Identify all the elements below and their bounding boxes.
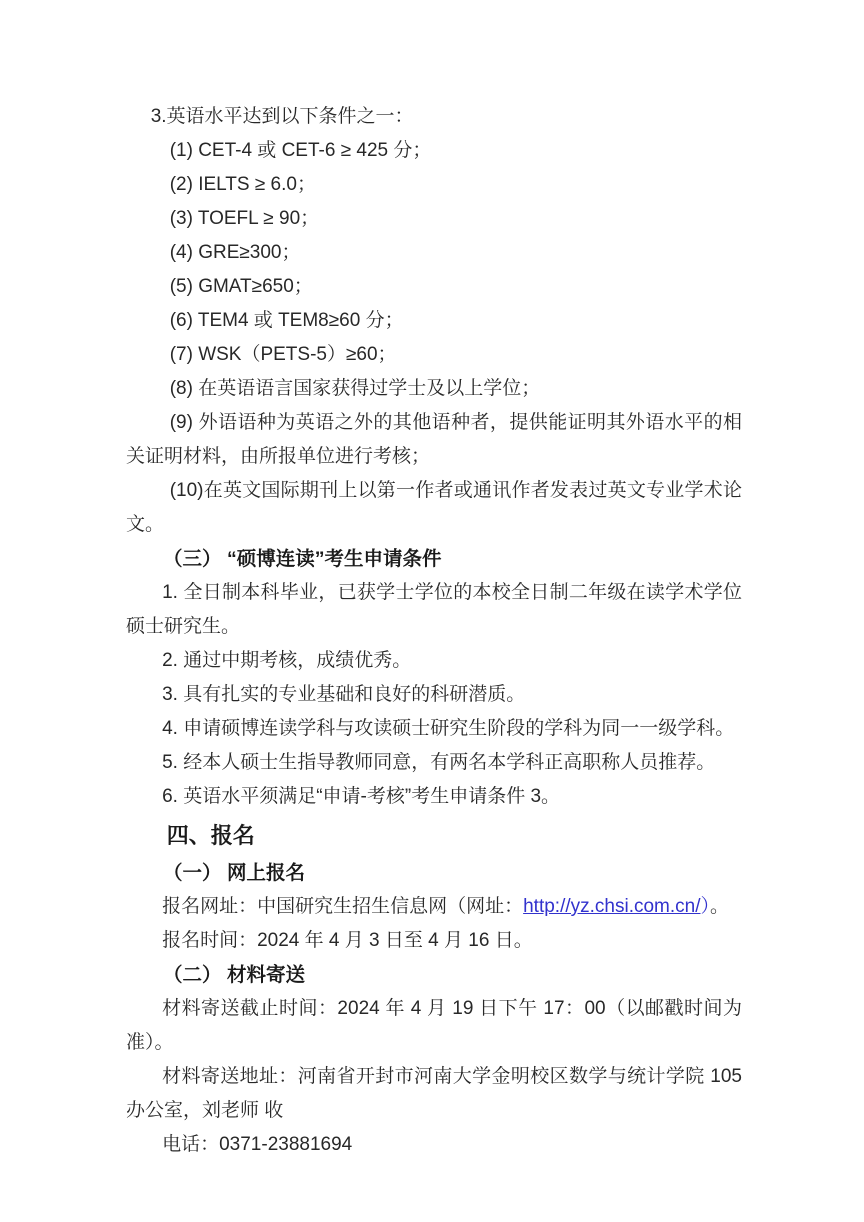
english-requirement-item-1: (1) CET-4 或 CET-6 ≥ 425 分； bbox=[126, 134, 742, 168]
english-requirement-item-9: (9) 外语语种为英语之外的其他语种者，提供能证明其外语水平的相关证明材料，由所… bbox=[126, 406, 742, 474]
english-requirements-intro: 3.英语水平达到以下条件之一： bbox=[126, 100, 742, 134]
english-requirement-item-6: (6) TEM4 或 TEM8≥60 分； bbox=[126, 304, 742, 338]
english-requirement-item-5: (5) GMAT≥650； bbox=[126, 270, 742, 304]
material-deadline-line: 材料寄送截止时间：2024 年 4 月 19 日下午 17：00（以邮戳时间为准… bbox=[126, 992, 742, 1060]
english-requirement-item-8: (8) 在英语语言国家获得过学士及以上学位； bbox=[126, 372, 742, 406]
shuobo-condition-6: 6. 英语水平须满足“申请-考核”考生申请条件 3。 bbox=[126, 780, 742, 814]
shuobo-condition-2: 2. 通过中期考核，成绩优秀。 bbox=[126, 644, 742, 678]
document-page: 3.英语水平达到以下条件之一： (1) CET-4 或 CET-6 ≥ 425 … bbox=[0, 0, 864, 1222]
shuobo-condition-5: 5. 经本人硕士生指导教师同意，有两名本学科正高职称人员推荐。 bbox=[126, 746, 742, 780]
contact-phone-line: 电话：0371-23881694 bbox=[126, 1128, 742, 1162]
section-heading-shuobo-liandu: （三） “硕博连读”考生申请条件 bbox=[126, 542, 742, 576]
registration-url-paren: ） bbox=[701, 896, 711, 917]
english-requirement-item-2: (2) IELTS ≥ 6.0； bbox=[126, 168, 742, 202]
english-requirement-item-3: (3) TOEFL ≥ 90； bbox=[126, 202, 742, 236]
registration-url-period: 。 bbox=[710, 896, 729, 917]
shuobo-condition-3: 3. 具有扎实的专业基础和良好的科研潜质。 bbox=[126, 678, 742, 712]
section-heading-registration: 四、报名 bbox=[126, 816, 742, 856]
english-requirement-item-10: (10)在英文国际期刊上以第一作者或通讯作者发表过英文专业学术论文。 bbox=[126, 474, 742, 542]
registration-time-line: 报名时间：2024 年 4 月 3 日至 4 月 16 日。 bbox=[126, 924, 742, 958]
english-requirement-item-7: (7) WSK（PETS-5）≥60； bbox=[126, 338, 742, 372]
shuobo-condition-4: 4. 申请硕博连读学科与攻读硕士研究生阶段的学科为同一一级学科。 bbox=[126, 712, 742, 746]
shuobo-condition-1: 1. 全日制本科毕业，已获学士学位的本校全日制二年级在读学术学位硕士研究生。 bbox=[126, 576, 742, 644]
registration-url-prefix: 报名网址：中国研究生招生信息网（网址： bbox=[162, 896, 523, 917]
registration-url-line: 报名网址：中国研究生招生信息网（网址：http://yz.chsi.com.cn… bbox=[126, 890, 742, 924]
subsection-heading-material-delivery: （二） 材料寄送 bbox=[126, 958, 742, 992]
material-address-line: 材料寄送地址：河南省开封市河南大学金明校区数学与统计学院 105 办公室，刘老师… bbox=[126, 1060, 742, 1128]
english-requirement-item-4: (4) GRE≥300； bbox=[126, 236, 742, 270]
chsi-hyperlink[interactable]: http://yz.chsi.com.cn/ bbox=[523, 896, 700, 917]
subsection-heading-online-registration: （一） 网上报名 bbox=[126, 856, 742, 890]
